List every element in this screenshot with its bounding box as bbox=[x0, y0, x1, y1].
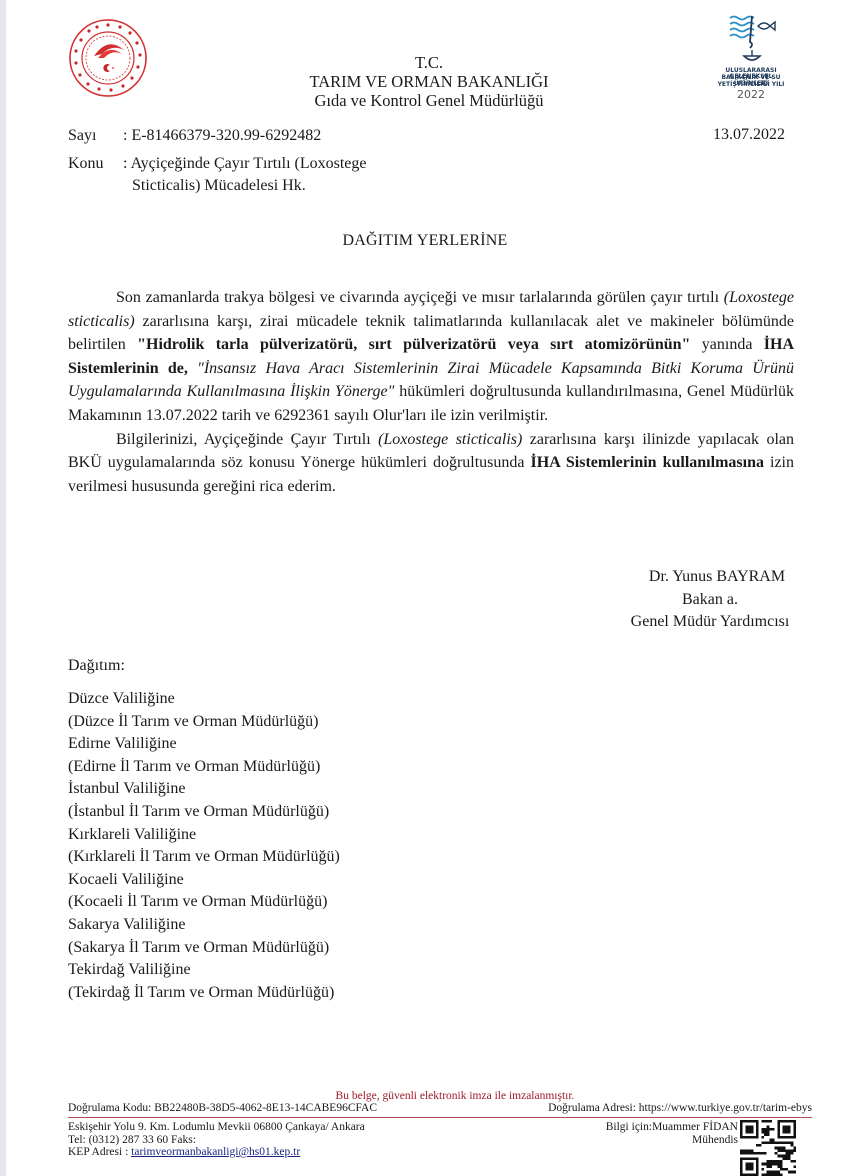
distribution-list: Düzce Valiliğine(Düzce İl Tarım ve Orman… bbox=[68, 688, 340, 1004]
contact-block: Eskişehir Yolu 9. Km. Lodumlu Mevkii 068… bbox=[68, 1121, 365, 1159]
distribution-item: İstanbul Valiliğine bbox=[68, 778, 340, 801]
distribution-item: Düzce Valiliğine bbox=[68, 688, 340, 711]
e-signature-note: Bu belge, güvenli elektronik imza ile im… bbox=[0, 1090, 850, 1102]
document-header: T.C. TARIM VE ORMAN BAKANLIĞI Gıda ve Ko… bbox=[0, 53, 850, 110]
p2-text-1: Bilgilerinizi, Ayçiçeğinde Çayır Tırtılı bbox=[116, 431, 378, 448]
distribution-item: (Kocaeli İl Tarım ve Orman Müdürlüğü) bbox=[68, 891, 340, 914]
info-contact-role: Mühendis bbox=[606, 1134, 738, 1147]
distribution-item: Tekirdağ Valiliğine bbox=[68, 959, 340, 982]
header-tc: T.C. bbox=[0, 53, 850, 72]
verification-code: Doğrulama Kodu: BB22480B-38D5-4062-8E13-… bbox=[68, 1102, 377, 1114]
viewer-left-edge bbox=[0, 0, 6, 1176]
distribution-item: (Sakarya İl Tarım ve Orman Müdürlüğü) bbox=[68, 937, 340, 960]
info-contact-name: Bilgi için:Muammer FİDAN bbox=[606, 1121, 738, 1134]
distribution-title: Dağıtım: bbox=[68, 657, 125, 675]
kep-address-link[interactable]: tarimveormanbakanligi@hs01.kep.tr bbox=[131, 1146, 300, 1158]
phone-fax: Tel: (0312) 287 33 60 Faks: bbox=[68, 1134, 365, 1147]
signatory-name: Dr. Yunus BAYRAM bbox=[600, 566, 820, 589]
postal-address: Eskişehir Yolu 9. Km. Lodumlu Mevkii 068… bbox=[68, 1121, 365, 1134]
signatory-title: Genel Müdür Yardımcısı bbox=[600, 611, 820, 634]
signature-block: Dr. Yunus BAYRAM Bakan a. Genel Müdür Ya… bbox=[600, 566, 820, 634]
p1-equipment-bold: "Hidrolik tarla pülverizatörü, sırt pülv… bbox=[137, 336, 690, 353]
paragraph-1: Son zamanlarda trakya bölgesi ve civarın… bbox=[68, 286, 794, 428]
qr-code-icon bbox=[740, 1120, 796, 1176]
distribution-item: (Düzce İl Tarım ve Orman Müdürlüğü) bbox=[68, 711, 340, 734]
p1-space bbox=[188, 360, 197, 377]
konu-label: Konu bbox=[68, 154, 104, 174]
p1-text-3: yanında bbox=[690, 336, 763, 353]
p1-text-1: Son zamanlarda trakya bölgesi ve civarın… bbox=[116, 289, 724, 306]
distribution-item: Kocaeli Valiliğine bbox=[68, 869, 340, 892]
signatory-on-behalf: Bakan a. bbox=[600, 589, 820, 612]
letter-body: Son zamanlarda trakya bölgesi ve civarın… bbox=[68, 286, 794, 498]
paragraph-2: Bilgilerinizi, Ayçiçeğinde Çayır Tırtılı… bbox=[68, 428, 794, 499]
kep-label: KEP Adresi : bbox=[68, 1146, 131, 1158]
distribution-item: Edirne Valiliğine bbox=[68, 733, 340, 756]
distribution-item: Sakarya Valiliğine bbox=[68, 914, 340, 937]
distribution-item: (Kırklareli İl Tarım ve Orman Müdürlüğü) bbox=[68, 846, 340, 869]
konu-value-line2: Sticticalis) Mücadelesi Hk. bbox=[132, 176, 306, 196]
p2-iha-bold: İHA Sistemlerinin kullanılmasına bbox=[531, 454, 764, 471]
distribution-item: (Tekirdağ İl Tarım ve Orman Müdürlüğü) bbox=[68, 982, 340, 1005]
verification-address: Doğrulama Adresi: https://www.turkiye.go… bbox=[548, 1102, 812, 1114]
konu-value-line1: : Ayçiçeğinde Çayır Tırtılı (Loxostege bbox=[123, 154, 367, 174]
distribution-heading: DAĞITIM YERLERİNE bbox=[0, 232, 850, 250]
sayi-value: : E-81466379-320.99-6292482 bbox=[123, 126, 321, 146]
info-contact-block: Bilgi için:Muammer FİDAN Mühendis bbox=[606, 1121, 738, 1147]
footer-divider bbox=[68, 1117, 812, 1118]
distribution-item: (Edirne İl Tarım ve Orman Müdürlüğü) bbox=[68, 756, 340, 779]
header-ministry: TARIM VE ORMAN BAKANLIĞI bbox=[0, 72, 850, 91]
sayi-label: Sayı bbox=[68, 126, 96, 146]
header-directorate: Gıda ve Kontrol Genel Müdürlüğü bbox=[0, 91, 850, 110]
document-date: 13.07.2022 bbox=[713, 126, 785, 144]
distribution-item: Kırklareli Valiliğine bbox=[68, 824, 340, 847]
distribution-item: (İstanbul İl Tarım ve Orman Müdürlüğü) bbox=[68, 801, 340, 824]
kep-row: KEP Adresi : tarimveormanbakanligi@hs01.… bbox=[68, 1146, 365, 1159]
p2-species-italic: (Loxostege sticticalis) bbox=[378, 431, 522, 448]
